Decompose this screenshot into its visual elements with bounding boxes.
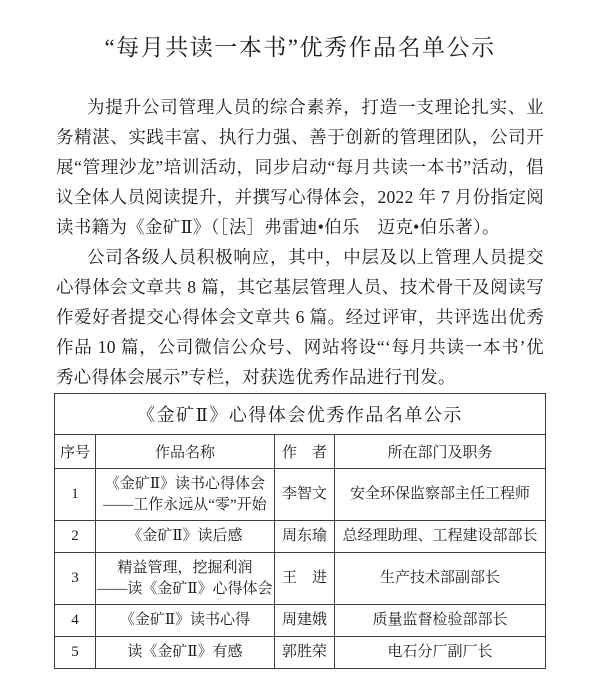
- table-title-row: 《金矿Ⅱ》心得体会优秀作品名单公示: [54, 394, 545, 435]
- department-cell: 安全环保监察部主任工程师: [334, 469, 545, 521]
- document-page: “每月共读一本书”优秀作品名单公示 为提升公司管理人员的综合素养，打造一支理论扎…: [0, 0, 600, 692]
- row-number-cell: 4: [54, 605, 95, 637]
- table-title: 《金矿Ⅱ》心得体会优秀作品名单公示: [54, 394, 545, 435]
- table-row-2: 2 《金矿Ⅱ》读后感 周东瑜 总经理助理、工程建设部部长: [54, 521, 545, 553]
- awards-table: 《金矿Ⅱ》心得体会优秀作品名单公示 序号 作品名称 作 者 所在部门及职务 1 …: [54, 393, 546, 669]
- document-title: “每月共读一本书”优秀作品名单公示: [0, 0, 600, 62]
- department-cell: 总经理助理、工程建设部部长: [334, 521, 545, 553]
- table-row-4: 4 《金矿Ⅱ》读书心得 周建娥 质量监督检验部部长: [54, 605, 545, 637]
- author-cell: 郭胜荣: [274, 637, 334, 669]
- department-cell: 质量监督检验部部长: [334, 605, 545, 637]
- row-number-cell: 1: [54, 469, 95, 521]
- author-cell: 王 进: [274, 553, 334, 605]
- intro-paragraph: 为提升公司管理人员的综合素养，打造一支理论扎实、业务精湛、实践丰富、执行力强、善…: [56, 92, 544, 242]
- row-number-cell: 3: [54, 553, 95, 605]
- document-body: 为提升公司管理人员的综合素养，打造一支理论扎实、业务精湛、实践丰富、执行力强、善…: [56, 92, 544, 392]
- table-row-5: 5 读《金矿Ⅱ》有感 郭胜荣 电石分厂副厂长: [54, 637, 545, 669]
- table-row-1: 1 《金矿Ⅱ》读书心得体会 ——工作永远从“零”开始 李智文 安全环保监察部主任…: [54, 469, 545, 521]
- work-title-cell: 《金矿Ⅱ》读书心得: [95, 605, 274, 637]
- department-cell: 电石分厂副厂长: [334, 637, 545, 669]
- header-author: 作 者: [274, 435, 334, 469]
- header-work-title: 作品名称: [95, 435, 274, 469]
- table-header-row: 序号 作品名称 作 者 所在部门及职务: [54, 435, 545, 469]
- header-index: 序号: [54, 435, 95, 469]
- row-number-cell: 5: [54, 637, 95, 669]
- table-row-3: 3 精益管理，挖掘利润 ——读《金矿Ⅱ》心得体会 王 进 生产技术部副部长: [54, 553, 545, 605]
- work-title-cell: 《金矿Ⅱ》读书心得体会 ——工作永远从“零”开始: [95, 469, 274, 521]
- author-cell: 李智文: [274, 469, 334, 521]
- header-department: 所在部门及职务: [334, 435, 545, 469]
- row-number-cell: 2: [54, 521, 95, 553]
- work-title-cell: 读《金矿Ⅱ》有感: [95, 637, 274, 669]
- department-cell: 生产技术部副部长: [334, 553, 545, 605]
- work-title-cell: 《金矿Ⅱ》读后感: [95, 521, 274, 553]
- author-cell: 周建娥: [274, 605, 334, 637]
- response-paragraph: 公司各级人员积极响应，其中，中层及以上管理人员提交心得体会文章共 8 篇，其它基…: [56, 242, 544, 392]
- work-title-cell: 精益管理，挖掘利润 ——读《金矿Ⅱ》心得体会: [95, 553, 274, 605]
- author-cell: 周东瑜: [274, 521, 334, 553]
